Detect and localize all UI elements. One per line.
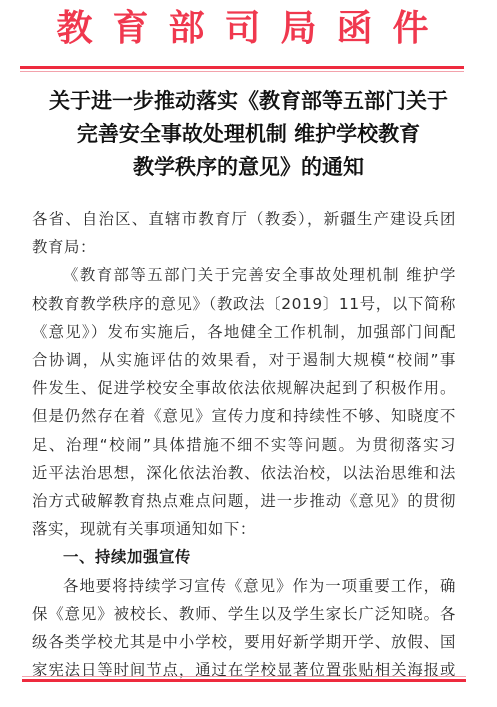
paragraph-line: 治方式破解教育热点难点问题，进一步推动《意见》的贯彻 (32, 487, 456, 515)
title-line-2: 完善安全事故处理机制 维护学校教育 (0, 117, 497, 150)
paragraph-line: 足、治理“校闹”具体措施不细不实等问题。为贯彻落实习 (32, 431, 456, 459)
paragraph-line: 各地要将持续学习宣传《意见》作为一项重要工作，确 (32, 572, 456, 600)
addressee-line: 教育局： (32, 233, 456, 261)
section-heading: 一、持续加强宣传 (32, 543, 456, 571)
document-body: 各省、自治区、直辖市教育厅（教委），新疆生产建设兵团 教育局： 《教育部等五部门… (32, 205, 456, 684)
paragraph-line: 但是仍然存在着《意见》宣传力度和持续性不够、知晓度不 (32, 402, 456, 430)
footer-rule-thin (22, 676, 466, 677)
paragraph-line: 近平法治思想，深化依法治教、依法治校，以法治思维和法 (32, 459, 456, 487)
addressee-line: 各省、自治区、直辖市教育厅（教委），新疆生产建设兵团 (32, 205, 456, 233)
title-line-3: 教学秩序的意见》的通知 (0, 150, 497, 183)
masthead: 教育部司局函件 (0, 6, 497, 50)
footer-rule-thick (22, 679, 466, 682)
header-rule-thick (20, 66, 464, 69)
paragraph-line: 校教育教学秩序的意见》（教政法〔2019〕11号，以下简称 (32, 290, 456, 318)
paragraph-line: 《教育部等五部门关于完善安全事故处理机制 维护学 (32, 261, 456, 289)
paragraph-line: 《意见》）发布实施后，各地健全工作机制，加强部门间配 (32, 318, 456, 346)
paragraph-line: 落实，现就有关事项通知如下： (32, 515, 456, 543)
title-line-1: 关于进一步推动落实《教育部等五部门关于 (0, 84, 497, 117)
document-title: 关于进一步推动落实《教育部等五部门关于 完善安全事故处理机制 维护学校教育 教学… (0, 84, 497, 183)
paragraph-line: 级各类学校尤其是中小学校，要用好新学期开学、放假、国 (32, 628, 456, 656)
paragraph-line: 合协调，从实施评估的效果看，对于遏制大规模“校闹”事 (32, 346, 456, 374)
paragraph-line: 保《意见》被校长、教师、学生以及学生家长广泛知晓。各 (32, 600, 456, 628)
paragraph-line: 件发生、促进学校安全事故依法依规解决起到了积极作用。 (32, 374, 456, 402)
header-rule-thin (20, 71, 464, 72)
